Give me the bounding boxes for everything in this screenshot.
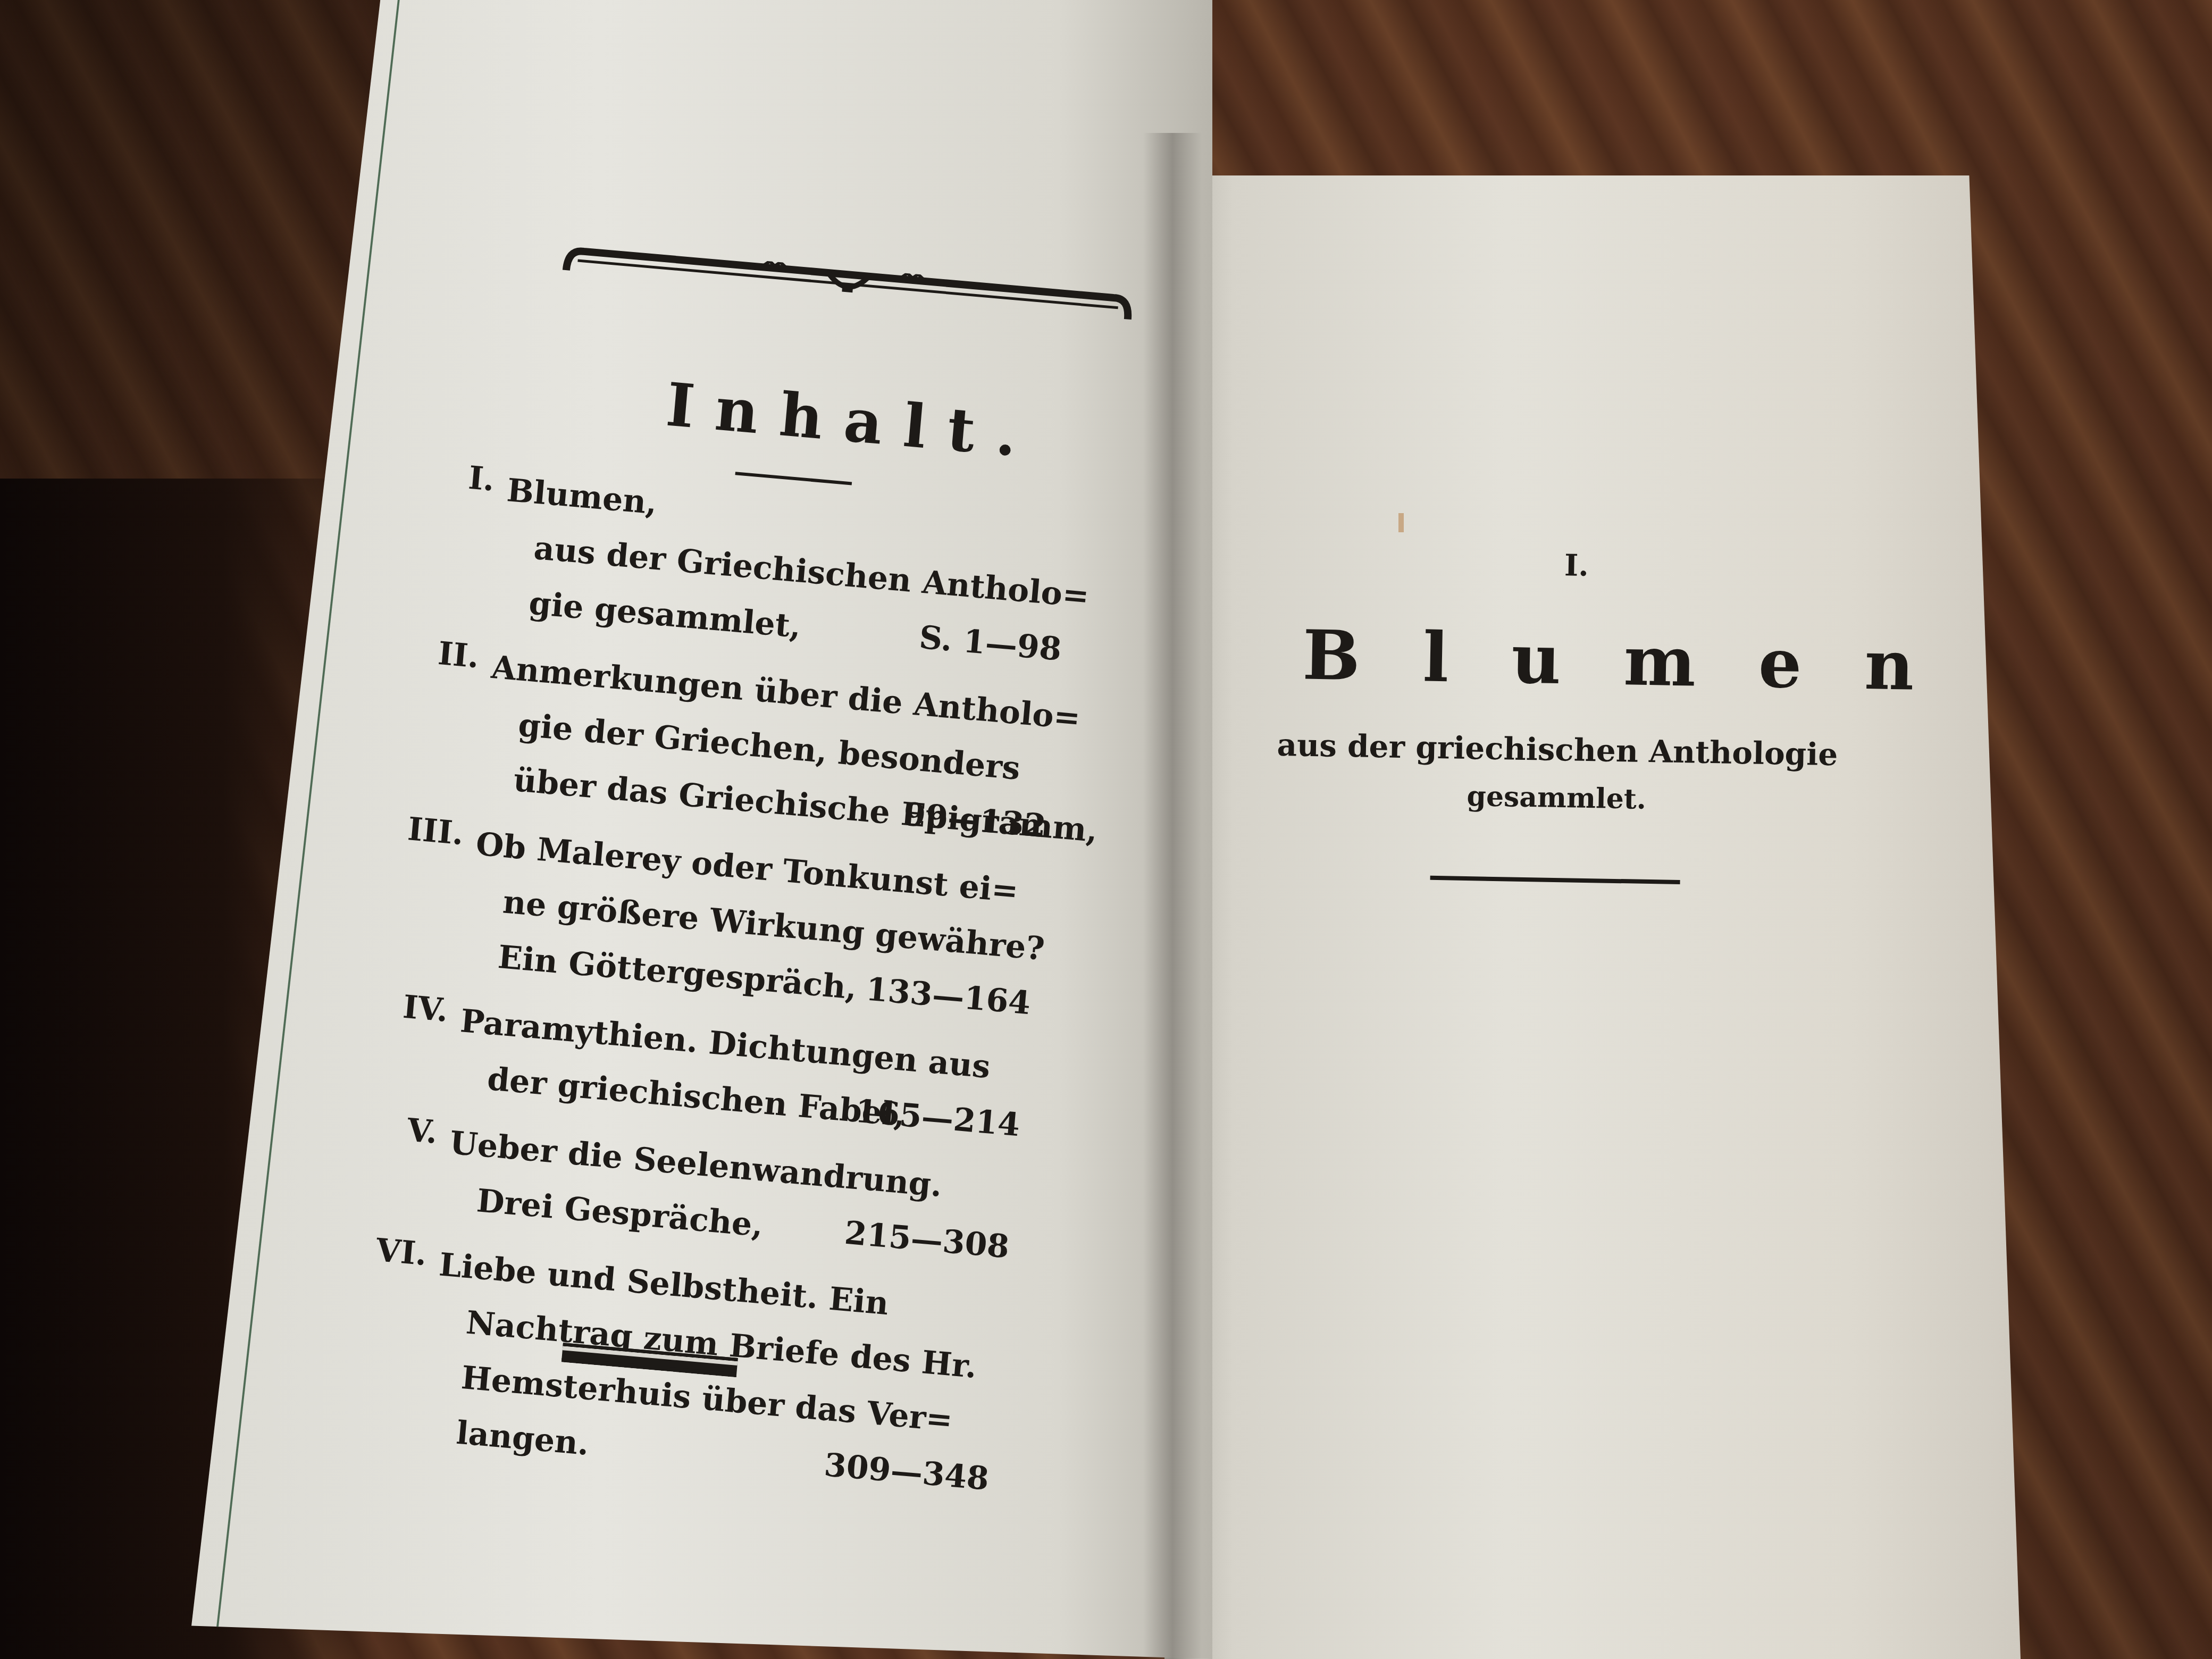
entry-number: II. [419, 633, 491, 676]
section-subtitle: aus der griechischen Anthologie [1238, 726, 1876, 774]
entry-number: IV. [388, 987, 460, 1030]
entry-pages: 165—214 [853, 1084, 1022, 1153]
right-page [1164, 175, 2021, 1659]
entry-number: I. [434, 456, 507, 499]
entry-number: V. [378, 1109, 450, 1152]
entry-number: III. [404, 810, 476, 853]
paper-blemish [1398, 513, 1404, 532]
entry-number: VI. [367, 1231, 439, 1274]
entry-pages: 309—348 [822, 1437, 991, 1507]
section-title-page: I. Blumen aus der griechischen Anthologi… [1236, 542, 1880, 888]
section-title: Blumen [1239, 615, 1879, 706]
section-subtitle-2: gesammlet. [1237, 776, 1876, 820]
entry-pages: 215—308 [842, 1205, 1011, 1275]
book-gutter [1143, 133, 1202, 1659]
entry-pages: 99—132 [901, 787, 1049, 854]
open-book: Inhalt. I. Blumen, aus der Griechischen … [0, 0, 2212, 1659]
entry-pages: 133—164 [864, 962, 1033, 1032]
entry-pages: S. 1—98 [917, 610, 1063, 677]
